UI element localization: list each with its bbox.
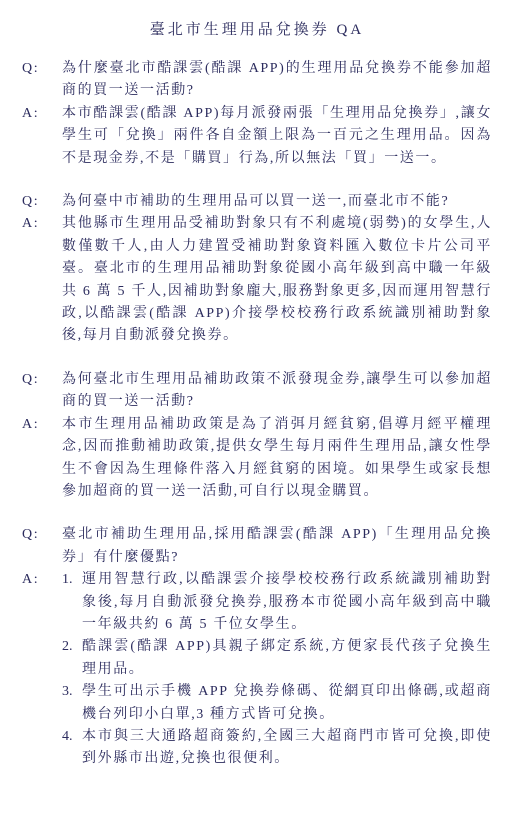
qa-block: Q:為何臺中市補助的生理用品可以買一送一,而臺北市不能?A:其他縣市生理用品受補… <box>22 191 492 348</box>
question-text: 為何臺北市生理用品補助政策不派發現金券,讓學生可以參加超商的買一送一活動? <box>62 369 492 414</box>
answer-text: 本市酷課雲(酷課 APP)每月派發兩張「生理用品兌換券」,讓女學生可「兌換」兩件… <box>62 103 492 170</box>
answer-row: A:本市生理用品補助政策是為了消弭月經貧窮,倡導月經平權理念,因而推動補助政策,… <box>22 414 492 504</box>
qa-list: Q:為什麼臺北市酷課雲(酷課 APP)的生理用品兌換券不能參加超商的買一送一活動… <box>22 58 492 771</box>
question-label: Q: <box>22 58 62 80</box>
answer-label: A: <box>22 213 62 235</box>
item-number: 2. <box>62 636 82 658</box>
item-text: 運用智慧行政,以酷課雲介接學校校務行政系統識別補助對象後,每月自動派發兌換券,服… <box>82 569 492 636</box>
item-text: 學生可出示手機 APP 兌換券條碼、從網頁印出條碼,或超商機台列印小白單,3 種… <box>82 681 492 726</box>
item-number: 1. <box>62 569 82 591</box>
answer-label: A: <box>22 414 62 436</box>
answer-list-item: 3.學生可出示手機 APP 兌換券條碼、從網頁印出條碼,或超商機台列印小白單,3… <box>62 681 492 726</box>
item-text: 本市與三大通路超商簽約,全國三大超商門市皆可兌換,即使到外縣市出遊,兌換也很便利… <box>82 726 492 771</box>
qa-block: Q:為何臺北市生理用品補助政策不派發現金券,讓學生可以參加超商的買一送一活動?A… <box>22 369 492 503</box>
document-page: 臺北市生理用品兌換券 QA Q:為什麼臺北市酷課雲(酷課 APP)的生理用品兌換… <box>0 0 512 827</box>
answer-row: A:1.運用智慧行政,以酷課雲介接學校校務行政系統識別補助對象後,每月自動派發兌… <box>22 569 492 771</box>
item-number: 3. <box>62 681 82 703</box>
question-label: Q: <box>22 524 62 546</box>
answer-label: A: <box>22 103 62 125</box>
item-number: 4. <box>62 726 82 748</box>
question-row: Q:為什麼臺北市酷課雲(酷課 APP)的生理用品兌換券不能參加超商的買一送一活動… <box>22 58 492 103</box>
answer-label: A: <box>22 569 62 591</box>
question-row: Q:臺北市補助生理用品,採用酷課雲(酷課 APP)「生理用品兌換券」有什麼優點? <box>22 524 492 569</box>
answer-text: 本市生理用品補助政策是為了消弭月經貧窮,倡導月經平權理念,因而推動補助政策,提供… <box>62 414 492 504</box>
question-text: 為何臺中市補助的生理用品可以買一送一,而臺北市不能? <box>62 191 492 213</box>
question-label: Q: <box>22 191 62 213</box>
question-row: Q:為何臺北市生理用品補助政策不派發現金券,讓學生可以參加超商的買一送一活動? <box>22 369 492 414</box>
question-row: Q:為何臺中市補助的生理用品可以買一送一,而臺北市不能? <box>22 191 492 213</box>
question-text: 臺北市補助生理用品,採用酷課雲(酷課 APP)「生理用品兌換券」有什麼優點? <box>62 524 492 569</box>
answer-text: 其他縣市生理用品受補助對象只有不利處境(弱勢)的女學生,人數僅數千人,由人力建置… <box>62 213 492 347</box>
qa-block: Q:為什麼臺北市酷課雲(酷課 APP)的生理用品兌換券不能參加超商的買一送一活動… <box>22 58 492 170</box>
answer-row: A:其他縣市生理用品受補助對象只有不利處境(弱勢)的女學生,人數僅數千人,由人力… <box>22 213 492 347</box>
answer-list-item: 4.本市與三大通路超商簽約,全國三大超商門市皆可兌換,即使到外縣市出遊,兌換也很… <box>62 726 492 771</box>
question-text: 為什麼臺北市酷課雲(酷課 APP)的生理用品兌換券不能參加超商的買一送一活動? <box>62 58 492 103</box>
answer-list: 1.運用智慧行政,以酷課雲介接學校校務行政系統識別補助對象後,每月自動派發兌換券… <box>62 569 492 771</box>
page-title: 臺北市生理用品兌換券 QA <box>22 18 492 42</box>
answer-row: A:本市酷課雲(酷課 APP)每月派發兩張「生理用品兌換券」,讓女學生可「兌換」… <box>22 103 492 170</box>
item-text: 酷課雲(酷課 APP)具親子綁定系統,方便家長代孩子兌換生理用品。 <box>82 636 492 681</box>
answer-list-item: 1.運用智慧行政,以酷課雲介接學校校務行政系統識別補助對象後,每月自動派發兌換券… <box>62 569 492 636</box>
qa-block: Q:臺北市補助生理用品,採用酷課雲(酷課 APP)「生理用品兌換券」有什麼優點?… <box>22 524 492 770</box>
question-label: Q: <box>22 369 62 391</box>
answer-list-item: 2.酷課雲(酷課 APP)具親子綁定系統,方便家長代孩子兌換生理用品。 <box>62 636 492 681</box>
